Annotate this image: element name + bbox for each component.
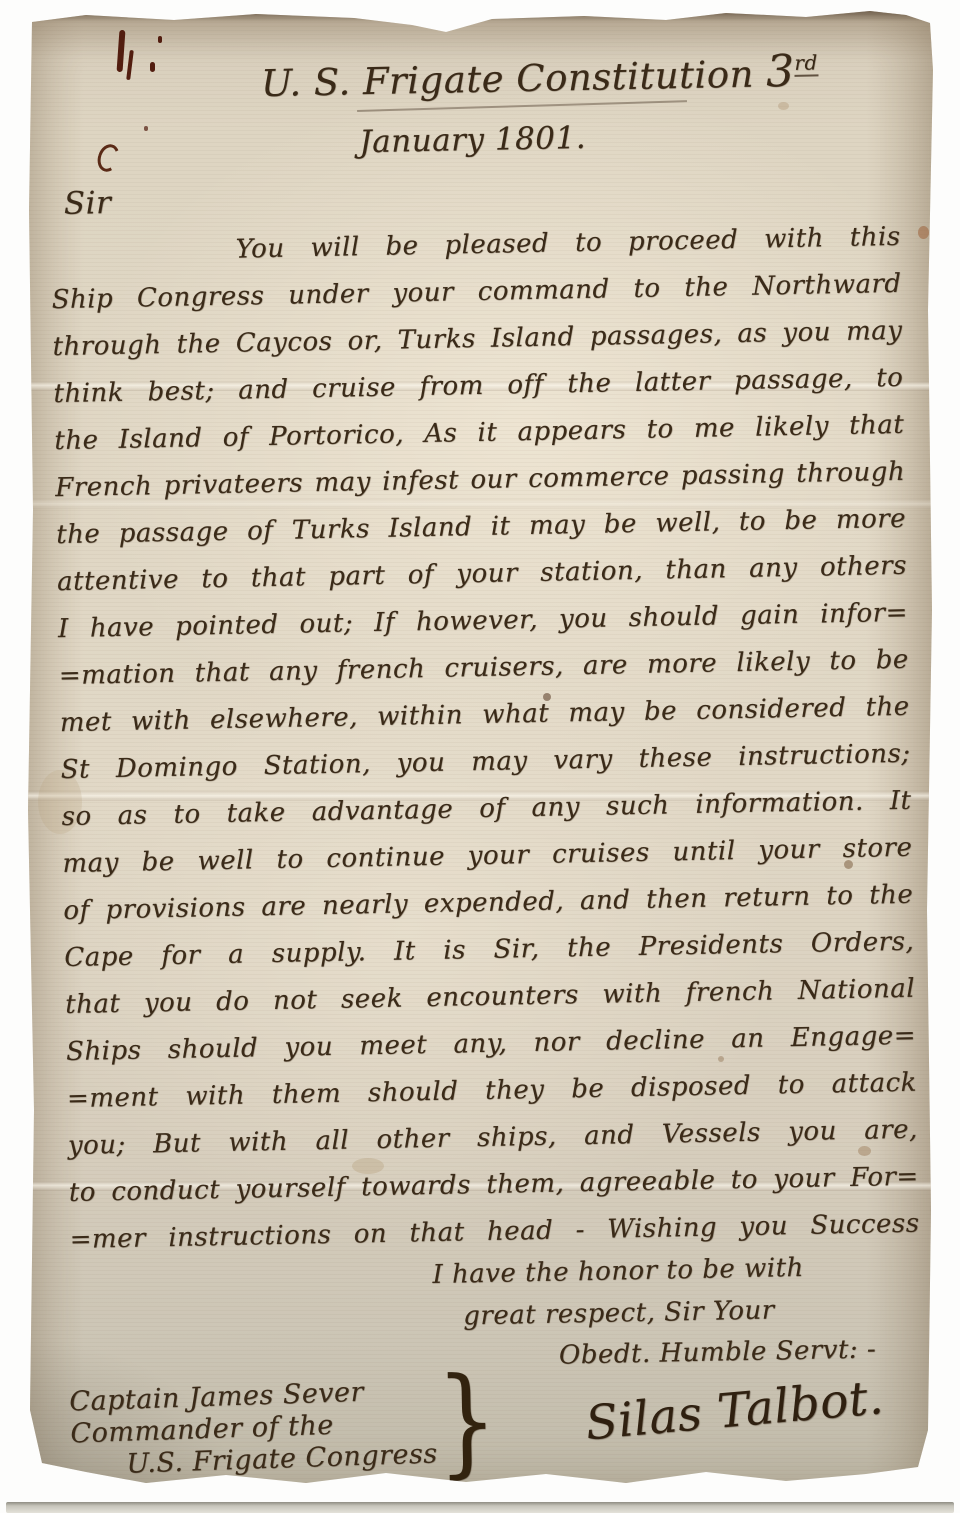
letter-heading-place: U. S. Frigate Constitution 3rd — [229, 45, 850, 108]
letter-body: You will be pleased to proceed with this… — [50, 214, 920, 1264]
heading-day-number: 3 — [766, 46, 795, 98]
letter-page: U. S. Frigate Constitution 3rd January 1… — [24, 10, 936, 1492]
heading-day-suffix: rd — [794, 50, 818, 76]
signature: Silas Talbot. — [583, 1370, 886, 1451]
closing-line: Obedt. Humble Servt: - — [559, 1335, 877, 1371]
scan-background: U. S. Frigate Constitution 3rd January 1… — [0, 0, 960, 1513]
recipient-block: Captain James Sever Commander of the U.S… — [69, 1374, 438, 1482]
closing-line: I have the honor to be with — [432, 1253, 804, 1290]
scanner-edge-strip — [6, 1502, 954, 1513]
heading-ship-name: U. S. Frigate Constitution — [261, 53, 755, 105]
salutation: Sir — [63, 185, 111, 222]
closing-line: great respect, Sir Your — [463, 1295, 775, 1331]
curly-brace: } — [436, 1356, 499, 1487]
letter-content: U. S. Frigate Constitution 3rd January 1… — [10, 1, 950, 1500]
letter-heading-date: January 1801. — [297, 119, 648, 162]
